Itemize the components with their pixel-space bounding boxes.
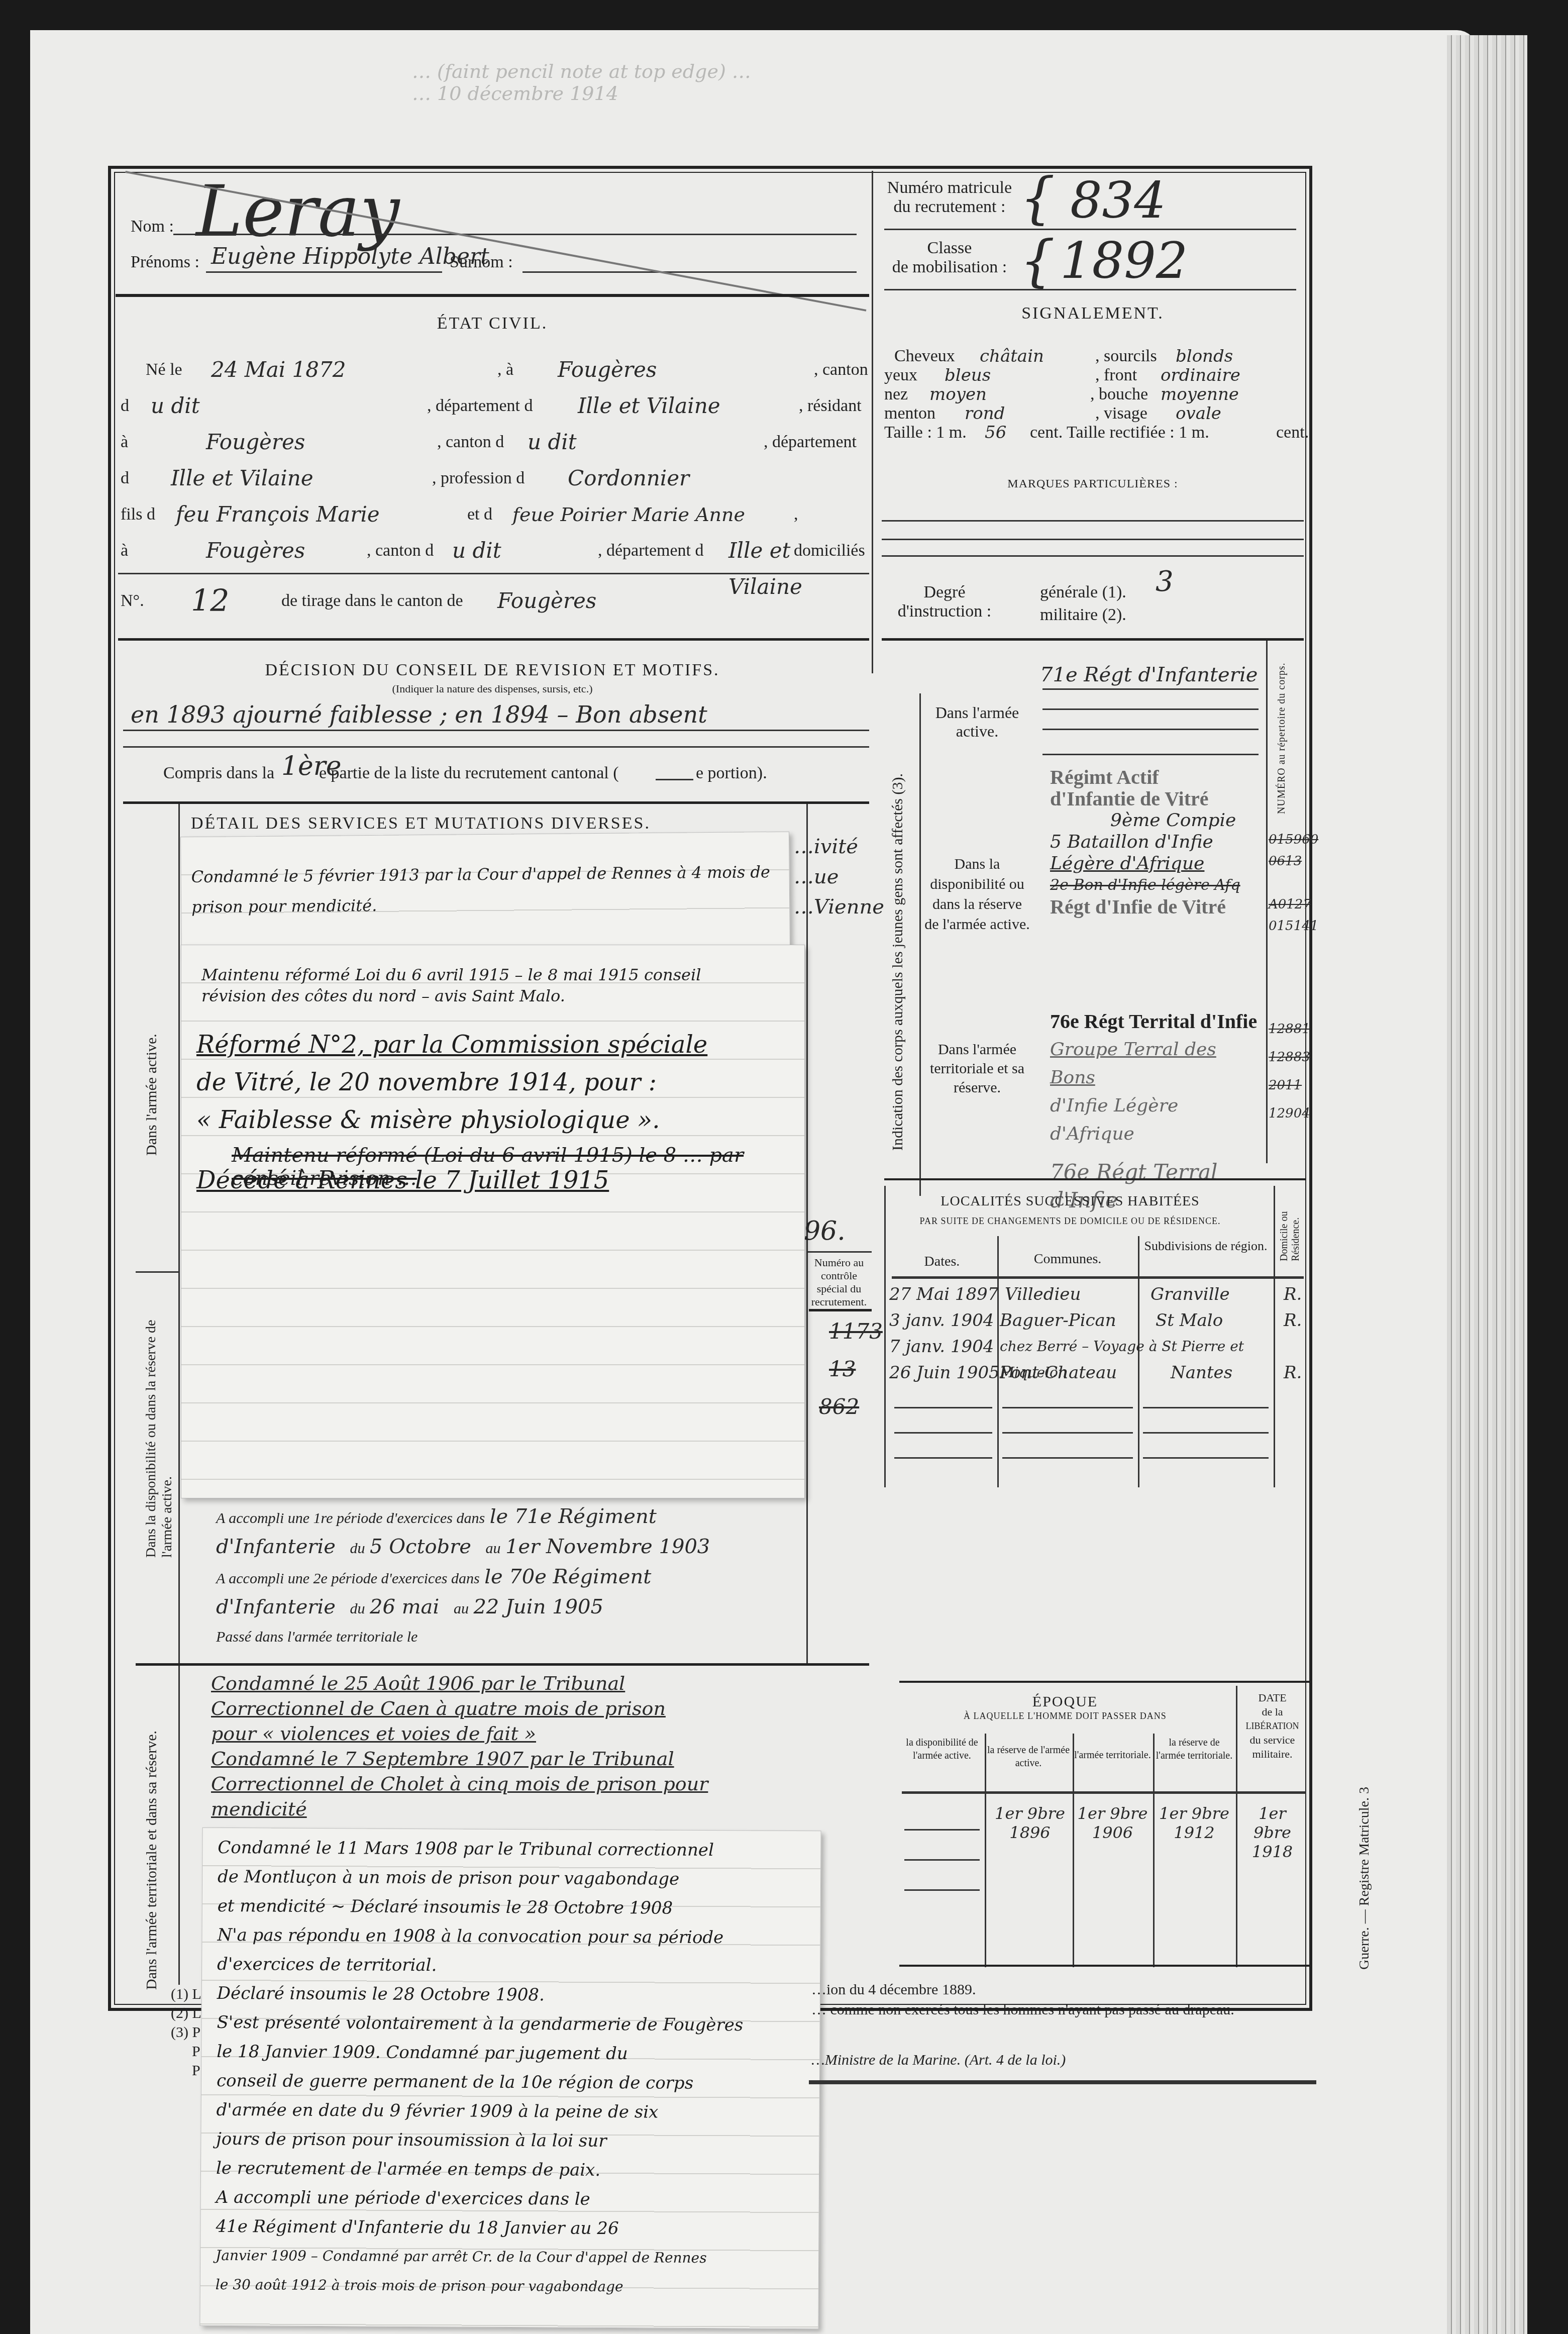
affectation-active-label: Dans l'armée active. — [924, 703, 1030, 741]
sourcils-label: , sourcils — [1095, 347, 1157, 366]
exercice-1-regiment: le 71e Régiment — [490, 1505, 657, 1528]
exercice-1-au-value: 1er Novembre 1903 — [505, 1535, 710, 1558]
note-middle-line-4: de Vitré, le 20 novembre 1914, pour : — [196, 1068, 657, 1096]
bouche-label: , bouche — [1090, 385, 1148, 404]
et-d-label: et d — [467, 496, 492, 533]
numero-controle-value-3: 862 — [819, 1394, 859, 1419]
canton2-value: u dit — [528, 424, 577, 460]
classe-label: Classe de mobilisation : — [884, 239, 1015, 277]
localite-subdivision: Granville — [1151, 1281, 1230, 1307]
dispo-numero-2: 0613 — [1269, 851, 1309, 872]
localite-row-4: 26 Juin 1905 Pont-Chateau Nantes R. — [889, 1360, 1306, 1386]
active-line-1 — [1042, 688, 1259, 690]
numero-controle-value-2: 13 — [829, 1357, 856, 1381]
marques-label: MARQUES PARTICULIÈRES : — [879, 477, 1306, 491]
etat-civil-row-1: Né le 24 Mai 1872 , à Fougères , canton — [116, 352, 869, 388]
exercice-1-du-label: du — [350, 1540, 365, 1557]
tirage-row: N°. 12 de tirage dans le canton de Fougè… — [116, 583, 869, 619]
note-middle-line-7: Décédé à Rennes le 7 Juillet 1915 — [196, 1166, 609, 1194]
militaire-label: militaire (2). — [1040, 605, 1126, 625]
front-value: ordinaire — [1161, 366, 1240, 385]
localites-empty-line-6 — [1143, 1432, 1269, 1434]
taille-rectifiee-label: cent. Taille rectifiée : 1 m. — [1030, 423, 1209, 442]
note-bottom-line-1: Condamné le 11 Mars 1908 par le Tribunal… — [218, 1833, 744, 1865]
localites-subtitle: PAR SUITE DE CHANGEMENTS DE DOMICILE OU … — [889, 1216, 1251, 1227]
marques-line-3 — [882, 555, 1304, 557]
passe-territoriale-row: Passé dans l'armée territoriale le — [216, 1623, 809, 1651]
territoriale-entry-1: 76e Régt Territal d'Infie — [1050, 1007, 1266, 1036]
signalement-body: Cheveux châtain , sourcils blonds yeux b… — [879, 347, 1306, 442]
localite-date: 3 janv. 1904 — [889, 1307, 994, 1334]
note-bottom-line-5: d'exercices de territorial. — [217, 1950, 744, 1981]
residant-label: , résidant — [799, 388, 862, 424]
nez-label: nez — [884, 385, 908, 404]
localite-date: 26 Juin 1905 — [889, 1360, 1000, 1386]
exercice-1-unit: d'Infanterie — [216, 1535, 336, 1558]
localite-row-3: 7 janv. 1904 chez Berré – Voyage à St Pi… — [889, 1334, 1306, 1360]
visage-value: ovale — [1176, 404, 1221, 423]
signalement-row-2: yeux bleus , front ordinaire — [879, 366, 1306, 385]
active-line-2 — [1042, 708, 1259, 710]
note-top-line-1: Condamné le 5 février 1913 par la Cour d… — [191, 862, 770, 886]
dispo-entry-3: 9ème Compie — [1050, 809, 1266, 831]
etat-civil-row-2: d u dit , département d Ille et Vilaine … — [116, 388, 869, 424]
territoriale-numero-2: 12883 — [1269, 1043, 1309, 1071]
footnote-line-2: … comme non exercés tous les hommes n'ay… — [811, 2000, 1234, 2020]
pasted-note-middle: Maintenu réformé Loi du 6 avril 1915 – l… — [181, 945, 805, 1498]
epoque-title: ÉPOQUE — [899, 1693, 1231, 1710]
tirage-no-label: N°. — [121, 583, 144, 619]
territoriale-entry-2: Groupe Terral des Bons — [1050, 1036, 1266, 1092]
footnote-marker-3: (3) P — [171, 2023, 201, 2042]
top-annotation-line-2: … 10 décembre 1914 — [412, 82, 618, 105]
localites-col-domicile: Domicile ou Résidence. — [1279, 1191, 1302, 1261]
localite-commune: Pont-Chateau — [1000, 1360, 1117, 1386]
liberation-value: 1er 9bre 1918 — [1238, 1804, 1306, 1861]
nez-value: moyen — [929, 385, 987, 404]
d-label: d — [121, 388, 129, 424]
signalement-row-3: nez moyen , bouche moyenne — [879, 385, 1306, 404]
pere-value: feu François Marie — [176, 496, 380, 533]
exercice-2-regiment: le 70e Régiment — [484, 1565, 651, 1588]
exercice-2-row-1: A accompli une 2e période d'exercices da… — [216, 1563, 809, 1593]
exercice-1-row-2: d'Infanterie du 5 Octobre au 1er Novembr… — [216, 1533, 809, 1563]
epoque-col-divider-3 — [1153, 1734, 1155, 1967]
services-margin-number: 96. — [804, 1216, 846, 1246]
tirage-canton-value: Fougères — [497, 583, 596, 619]
dispo-entry-6: 2e Bon d'Infie légère Afq — [1050, 874, 1266, 896]
note-bottom-line-9: conseil de guerre permanent de la 10e ré… — [217, 2066, 743, 2098]
etat-civil-title: ÉTAT CIVIL. — [116, 314, 869, 333]
cheveux-label: Cheveux — [894, 347, 955, 366]
epoque-col-2-header: la réserve de l'armée active. — [986, 1744, 1071, 1770]
decision-line-2 — [123, 746, 869, 748]
exercice-1-label: A accompli une 1re période d'exercices d… — [216, 1510, 485, 1527]
etat-civil-row-5: fils d feu François Marie et d feue Poir… — [116, 496, 869, 533]
footnote-markers: (1) L (2) L (3) P P P — [171, 1985, 201, 2080]
canton-value: u dit — [151, 388, 200, 424]
localites-empty-line-4 — [894, 1432, 992, 1434]
dispo-entry-2: d'Infantie de Vitré — [1050, 788, 1266, 809]
note-middle-line-2: révision des côtes du nord – avis Saint … — [201, 986, 565, 1005]
note-middle-line-1: Maintenu réformé Loi du 6 avril 1915 – l… — [201, 965, 701, 984]
canton-label: , canton — [814, 352, 868, 388]
matricule-brace: { — [1020, 166, 1055, 230]
affectation-dispo-entries: Régimt Actif d'Infantie de Vitré 9ème Co… — [1050, 766, 1266, 918]
front-label: , front — [1095, 366, 1137, 385]
nom-underline — [173, 234, 857, 235]
classe-label-line-2: de mobilisation : — [884, 258, 1015, 277]
localite-dr: R. — [1284, 1360, 1302, 1386]
exercice-2-du-value: 26 mai — [370, 1595, 439, 1618]
tirage-label: de tirage dans le canton de — [281, 583, 463, 619]
footnote-marker-5: P — [171, 2061, 201, 2080]
pasted-note-bottom: Condamné le 11 Mars 1908 par le Tribunal… — [199, 1828, 821, 2329]
footnote-marker-4: P — [171, 2042, 201, 2061]
pasted-note-top: Condamné le 5 février 1913 par la Cour d… — [180, 832, 790, 959]
dispo-numero-1: 015960 — [1269, 829, 1309, 851]
yeux-value: bleus — [945, 366, 991, 385]
note-bottom-line-7: S'est présenté volontairement à la genda… — [217, 2008, 743, 2040]
matricule-divider — [884, 229, 1296, 230]
affectation-brace-line — [919, 693, 921, 1196]
compris-suffix: e partie de la liste du recrutement cant… — [319, 764, 619, 783]
matricule-label: Numéro matricule du recrutement : — [884, 178, 1015, 217]
menton-label: menton — [884, 404, 935, 423]
departement-value: Ille et Vilaine — [578, 388, 720, 424]
territoriale-numeros: 12881 12883 2011 12904 — [1269, 1015, 1309, 1128]
signalement-title: SIGNALEMENT. — [879, 304, 1306, 323]
tirage-divider — [118, 638, 869, 641]
side-label-territoriale: Dans l'armée territoriale et dans sa rés… — [143, 1729, 188, 1990]
etat-civil-row-4: d Ille et Vilaine , profession d Cordonn… — [116, 460, 869, 496]
sourcils-value: blonds — [1176, 347, 1233, 366]
localites-empty-line-3 — [1143, 1407, 1269, 1408]
territoriale-entry-3: d'Infie Légère d'Afrique — [1050, 1092, 1266, 1148]
etat-civil-row-6: à Fougères , canton d u dit , départemen… — [116, 533, 869, 569]
liberation-header-1: DATE — [1238, 1691, 1306, 1705]
departement-label: , département d — [427, 388, 533, 424]
tirage-value: 12 — [191, 583, 229, 619]
localite-date: 7 janv. 1904 — [889, 1334, 994, 1360]
portion-blank — [656, 779, 693, 780]
exercice-2-au-label: au — [454, 1600, 469, 1617]
epoque-line-1 — [904, 1829, 980, 1831]
epoque-value-reserve-territoriale: 1er 9bre 1912 — [1154, 1804, 1234, 1842]
note-bottom-line-11: jours de prison pour insoumission à la l… — [216, 2124, 743, 2156]
exercice-2-unit: d'Infanterie — [216, 1595, 336, 1618]
exercice-2-label: A accompli une 2e période d'exercices da… — [216, 1570, 480, 1587]
degre-label-line-2: d'instruction : — [894, 602, 995, 621]
territoriale-numero-3: 2011 — [1269, 1071, 1309, 1099]
visage-label: , visage — [1095, 404, 1147, 423]
exercice-1-du-value: 5 Octobre — [370, 1535, 471, 1558]
localites-rows: 27 Mai 1897 Villedieu Granville R. 3 jan… — [889, 1281, 1306, 1386]
decision-subtitle: (Indiquer la nature des dispenses, sursi… — [116, 682, 869, 695]
residant-value: Fougères — [206, 424, 305, 460]
localite-date: 27 Mai 1897 — [889, 1281, 998, 1307]
compris-label: Compris dans la — [163, 764, 274, 783]
localite-dr: R. — [1284, 1281, 1302, 1307]
exercice-2-du-label: du — [350, 1600, 365, 1617]
ne-a-value: Fougères — [558, 352, 657, 388]
domicile-a-label: à — [121, 533, 128, 569]
territoriale-numero-1: 12881 — [1269, 1015, 1309, 1043]
classe-label-line-1: Classe — [884, 239, 1015, 258]
territoriale-numero-4: 12904 — [1269, 1099, 1309, 1128]
identity-divider — [116, 294, 869, 297]
localite-dr: R. — [1284, 1307, 1302, 1334]
note-bottom-line-4: N'a pas répondu en 1908 à la convocation… — [217, 1920, 744, 1952]
numero-repertoire-header: NUMÉRO au répertoire du corps. — [1276, 653, 1288, 814]
localites-col-dates: Dates. — [894, 1254, 990, 1270]
etat-civil-divider — [118, 573, 869, 574]
exercice-2-row-2: d'Infanterie du 26 mai au 22 Juin 1905 — [216, 1593, 809, 1623]
signalement-row-1: Cheveux châtain , sourcils blonds — [879, 347, 1306, 366]
territorial-entry-6: mendicité — [211, 1796, 804, 1821]
epoque-value-reserve-active: 1er 9bre 1896 — [987, 1804, 1073, 1842]
active-line-3 — [1042, 729, 1259, 730]
liberation-divider — [1236, 1686, 1237, 1967]
exercices-block: A accompli une 1re période d'exercices d… — [216, 1502, 809, 1651]
localites-empty-line-2 — [1002, 1407, 1133, 1408]
surnom-label: Surnom : — [450, 253, 513, 272]
profession-value: Cordonnier — [568, 460, 689, 496]
localite-commune: Baguer-Pican — [1000, 1307, 1116, 1334]
note-bottom-line-3: et mendicité ~ Déclaré insoumis le 28 Oc… — [218, 1891, 744, 1923]
affectation-bottom-divider — [884, 1178, 1306, 1180]
nom-value: Leray — [196, 171, 399, 253]
canton3-label: , canton d — [367, 533, 434, 569]
generale-label: générale (1). — [1040, 583, 1126, 602]
epoque-header-line — [902, 1791, 1306, 1794]
taille-cent-label: cent. — [1276, 423, 1309, 442]
territorial-entry-3: pour « violences et voies de fait » — [211, 1721, 804, 1746]
note-bottom-line-2: de Montluçon à un mois de prison pour va… — [218, 1862, 744, 1894]
decision-line-1 — [123, 730, 869, 731]
localites-col-communes: Communes. — [1000, 1251, 1135, 1267]
prenoms-underline — [206, 271, 442, 273]
classe-divider — [884, 289, 1296, 290]
cheveux-value: châtain — [980, 347, 1044, 366]
epoque-bottom-line — [899, 1965, 1311, 1967]
note-middle-line-5: « Faiblesse & misère physiologique ». — [196, 1106, 660, 1134]
footnote-text: …ion du 4 décembre 1889. … comme non exe… — [811, 1980, 1234, 2070]
ne-le-value: 24 Mai 1872 — [211, 352, 346, 388]
classe-brace: { — [1020, 229, 1055, 293]
yeux-label: yeux — [884, 366, 917, 385]
epoque-line-2 — [904, 1859, 980, 1861]
taille-label: Taille : 1 m. — [884, 423, 967, 442]
note-bottom-line-13: A accompli une période d'exercices dans … — [216, 2183, 743, 2214]
epoque-subtitle: À LAQUELLE L'HOMME DOIT PASSER DANS — [899, 1711, 1231, 1721]
numero-controle-top-line — [806, 1251, 872, 1253]
prenoms-value: Eugène Hippolyte Albert — [211, 244, 489, 269]
active-line-4 — [1042, 754, 1259, 755]
bouche-value: moyenne — [1161, 385, 1239, 404]
affectation-dispo-label: Dans la disponibilité ou dans la réserve… — [924, 854, 1030, 935]
epoque-col-4-header: la réserve de l'armée territoriale. — [1154, 1736, 1234, 1762]
note-bottom-line-8: le 18 Janvier 1909. Condamné par jugemen… — [217, 2037, 743, 2069]
localites-empty-line-5 — [1002, 1432, 1133, 1434]
note-bottom-line-6: Déclaré insoumis le 28 Octobre 1908. — [217, 1979, 744, 2010]
territorial-entry-4: Condamné le 7 Septembre 1907 par le Trib… — [211, 1746, 804, 1771]
departement2-label: , département — [764, 424, 857, 460]
localites-empty-line-8 — [1002, 1457, 1133, 1459]
taille-value: 56 — [985, 423, 1006, 442]
side-label-active: Dans l'armée active. — [143, 955, 160, 1156]
footnote-line-3: …Ministre de la Marine. (Art. 4 de la lo… — [811, 2050, 1234, 2070]
liberation-header: DATE de la LIBÉRATION du service militai… — [1238, 1691, 1306, 1761]
matricule-label-line-1: Numéro matricule — [884, 178, 1015, 197]
decision-value: en 1893 ajourné faiblesse ; en 1894 – Bo… — [131, 701, 707, 728]
epoque-top-line — [899, 1681, 1311, 1683]
numero-controle-header: Numéro au contrôle spécial du recrutemen… — [806, 1256, 872, 1308]
column-divider — [872, 171, 873, 673]
footnote-marker-1: (1) L — [171, 1985, 201, 2004]
localites-empty-line-9 — [1143, 1457, 1269, 1459]
top-annotation-line-1: … (faint pencil note at top edge) … — [412, 60, 751, 82]
dispo-numero-4: 015141 — [1269, 916, 1309, 937]
etat-civil-body: Né le 24 Mai 1872 , à Fougères , canton … — [116, 352, 869, 569]
menton-value: rond — [965, 404, 1005, 423]
localites-empty-line-1 — [894, 1407, 992, 1408]
matricule-value: 834 — [1070, 171, 1166, 230]
liberation-header-2: de la — [1238, 1705, 1306, 1719]
note-top-line-2: prison pour mendicité. — [191, 896, 377, 917]
affectation-vertical-label: Indication des corps auxquels les jeunes… — [889, 668, 906, 1151]
degre-label-line-1: Degré — [894, 583, 995, 602]
page-bottom-rule — [809, 2080, 1316, 2084]
note-bottom-line-16: le 30 août 1912 à trois mois de prison p… — [216, 2270, 742, 2302]
portion-label: e portion). — [696, 764, 767, 783]
etat-civil-row-3: à Fougères , canton d u dit , départemen… — [116, 424, 869, 460]
decision-divider — [123, 801, 869, 804]
canton3-value: u dit — [452, 533, 501, 569]
epoque-value-territoriale: 1er 9bre 1906 — [1074, 1804, 1152, 1842]
localite-commune: Villedieu — [1005, 1281, 1081, 1307]
localite-subdivision: Nantes — [1171, 1360, 1232, 1386]
localites-empty-line-7 — [894, 1457, 992, 1459]
localite-subdivision: St Malo — [1156, 1307, 1223, 1334]
mere-value: feue Poirier Marie Anne — [512, 496, 745, 533]
localites-header-line — [892, 1276, 1304, 1279]
top-faint-annotation: … (faint pencil note at top edge) … … 10… — [412, 60, 751, 105]
affectation-active-entry-1: 71e Régt d'Infanterie — [1040, 663, 1258, 686]
dispo-numeros: 015960 0613 A0127 015141 — [1269, 829, 1309, 937]
exercice-2-au-value: 22 Juin 1905 — [473, 1595, 603, 1618]
note-bottom-line-15: Janvier 1909 – Condamné par arrêt Cr. de… — [216, 2241, 742, 2273]
note-bottom-line-14: 41e Régiment d'Infanterie du 18 Janvier … — [216, 2212, 742, 2244]
territorial-entry-2: Correctionnel de Caen à quatre mois de p… — [211, 1696, 804, 1721]
note-bottom-line-12: le recrutement de l'armée en temps de pa… — [216, 2154, 743, 2185]
localite-row-1: 27 Mai 1897 Villedieu Granville R. — [889, 1281, 1306, 1307]
liberation-header-4: du service militaire. — [1238, 1733, 1306, 1761]
degre-label: Degré d'instruction : — [894, 583, 995, 621]
exercice-1-au-label: au — [486, 1540, 501, 1557]
margin-register-label: Guerre. — Registre Matricule. 3 — [1356, 1718, 1373, 1970]
dispo-entry-5: Légère d'Afrique — [1050, 853, 1266, 874]
localite-row-2: 3 janv. 1904 Baguer-Pican St Malo R. — [889, 1307, 1306, 1334]
d2-label: d — [121, 460, 129, 496]
side-divider-2 — [136, 1663, 869, 1666]
prenoms-label: Prénoms : — [131, 253, 199, 272]
epoque-col-1-header: la disponibilité de l'armée active. — [899, 1736, 985, 1762]
nom-label: Nom : — [131, 217, 174, 236]
note-middle-line-3: Réformé N°2, par la Commission spéciale — [196, 1031, 707, 1059]
ne-a-label: , à — [497, 352, 513, 388]
signalement-row-5: Taille : 1 m. 56 cent. Taille rectifiée … — [879, 423, 1306, 442]
dispo-numero-3: A0127 — [1269, 894, 1309, 916]
classe-value: 1892 — [1060, 231, 1188, 290]
epoque-line-3 — [904, 1889, 980, 1891]
surnom-underline — [522, 271, 857, 273]
localites-title: LOCALITÉS SUCCESSIVES HABITÉES — [889, 1193, 1251, 1209]
numero-header-2: au répertoire du corps. — [1276, 662, 1287, 764]
matricule-label-line-2: du recrutement : — [884, 197, 1015, 217]
ne-le-label: Né le — [146, 352, 182, 388]
affectation-territoriale-entries: 76e Régt Territal d'Infie Groupe Terral … — [1050, 1007, 1266, 1214]
generale-value: 3 — [1156, 565, 1174, 598]
numero-header-1: NUMÉRO — [1276, 767, 1287, 814]
departement2-value: Ille et Vilaine — [171, 460, 313, 496]
note-bottom-line-10: d'armée en date du 9 février 1909 à la p… — [217, 2095, 743, 2127]
reforme-text: Réformé N°2, par la Commission spéciale — [196, 1031, 707, 1059]
localites-left-border — [884, 1186, 886, 1487]
dispo-entry-1: Régimt Actif — [1050, 766, 1266, 788]
territorial-entry-5: Correctionnel de Cholet à cinq mois de p… — [211, 1771, 804, 1796]
signalement-row-4: menton rond , visage ovale — [879, 404, 1306, 423]
fils-label: fils d — [121, 496, 155, 533]
exercice-1-row-1: A accompli une 1re période d'exercices d… — [216, 1502, 809, 1533]
profession-label: , profession d — [432, 460, 525, 496]
localites-col-subdivisions: Subdivisions de région. — [1140, 1239, 1271, 1254]
affectation-territoriale-label: Dans l'armée territoriale et sa réserve. — [924, 1040, 1030, 1097]
domicile-value: Fougères — [206, 533, 305, 569]
numero-controle-header-line — [809, 1309, 872, 1311]
epoque-col-divider-2 — [1073, 1734, 1074, 1967]
side-divider-1 — [136, 1271, 178, 1273]
numero-controle-value-1: 1173 — [829, 1319, 883, 1344]
residant-a-label: à — [121, 424, 128, 460]
dispo-entry-7: Régt d'Infie de Vitré — [1050, 896, 1266, 918]
footnote-marker-2: (2) L — [171, 2004, 201, 2023]
decision-title: DÉCISION DU CONSEIL DE REVISION ET MOTIF… — [116, 661, 869, 680]
instruction-divider — [882, 638, 1304, 641]
marques-line-1 — [882, 520, 1304, 522]
passe-territoriale-label: Passé dans l'armée territoriale le — [216, 1629, 417, 1645]
liberation-header-3: LIBÉRATION — [1238, 1719, 1306, 1733]
departement3-label: , département d — [598, 533, 704, 569]
services-title: DÉTAIL DES SERVICES ET MUTATIONS DIVERSE… — [191, 814, 744, 833]
canton2-label: , canton d — [437, 424, 504, 460]
epoque-col-3-header: l'armée territoriale. — [1074, 1749, 1152, 1762]
territorial-entries: Condamné le 25 Août 1906 par le Tribunal… — [211, 1671, 804, 1821]
footnote-line-1: …ion du 4 décembre 1889. — [811, 1980, 1234, 2000]
marques-line-2 — [882, 539, 1304, 540]
page-stack-edge — [1447, 35, 1527, 2334]
dispo-entry-4: 5 Bataillon d'Infie — [1050, 831, 1266, 853]
note-bottom-lines: Condamné le 11 Mars 1908 par le Tribunal… — [216, 1833, 745, 2302]
territorial-entry-1: Condamné le 25 Août 1906 par le Tribunal — [211, 1671, 804, 1696]
numero-column-divider — [1266, 641, 1268, 1163]
